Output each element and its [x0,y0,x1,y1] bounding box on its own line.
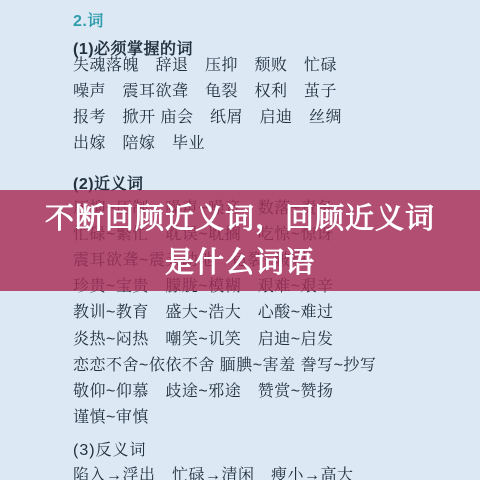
synonym-row: 炎热~闷热 嘲笑~讥笑 启迪~启发 [73,330,440,350]
section-number-heading: 2.词 [73,8,440,31]
overlay-banner: 不断回顾近义词，回顾近义词 是什么词语 [0,190,480,291]
word-row: 报考 掀开 庙会 纸屑 启迪 丝绸 [73,108,440,128]
word-row: 噪声 震耳欲聋 龟裂 权利 茧子 [73,82,440,102]
synonym-row: 恋恋不舍~依依不舍 腼腆~害羞 誊写~抄写 [73,356,440,376]
word-row: 失魂落魄 辞退 压抑 颓败 忙碌 [73,56,440,76]
overlay-title-line-2: 是什么词语 [165,241,315,285]
synonym-row: 谨慎~审慎 [73,408,440,428]
subsection-3-heading: (3)反义词 [73,437,440,460]
overlay-title-line-1: 不断回顾近义词，回顾近义词 [45,197,435,241]
synonym-row: 敬仰~仰慕 歧途~邪途 赞赏~赞扬 [73,382,440,402]
antonym-row: 陷入→浮出 忙碌→清闲 瘦小→高大 [73,466,440,480]
synonym-row: 教训~教育 盛大~浩大 心酸~难过 [73,303,440,323]
notes-page: 2.词 (1)必须掌握的词 失魂落魄 辞退 压抑 颓败 忙碌 噪声 震耳欲聋 龟… [0,0,480,480]
word-row: 出嫁 陪嫁 毕业 [73,134,440,154]
